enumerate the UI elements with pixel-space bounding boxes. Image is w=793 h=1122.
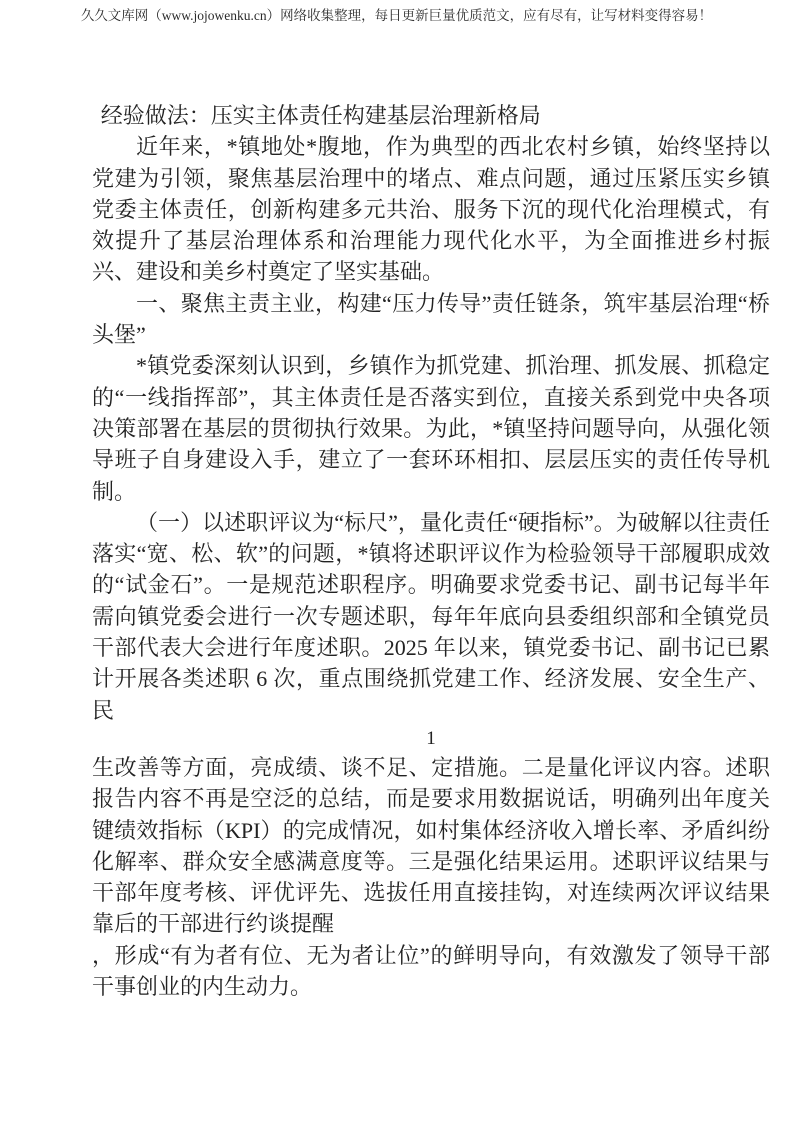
continuation-paragraph: 生改善等方面，亮成绩、谈不足、定措施。二是量化评议内容。述职报告内容不再是空泛的… [92, 752, 770, 940]
closing-paragraph: ，形成“有为者有位、无为者让位”的鲜明导向，有效激发了领导干部干事创业的内生动力… [92, 940, 770, 1003]
intro-paragraph: 近年来，*镇地处*腹地，作为典型的西北农村乡镇，始终坚持以党建为引领，聚焦基层治… [92, 131, 770, 287]
document-page: 经验做法：压实主体责任构建基层治理新格局 近年来，*镇地处*腹地，作为典型的西北… [0, 100, 793, 1002]
section-1-intro-paragraph: *镇党委深刻认识到，乡镇作为抓党建、抓治理、抓发展、抓稳定的“一线指挥部”，其主… [92, 350, 770, 506]
subsection-1-1-paragraph: （一）以述职评议为“标尺”，量化责任“硬指标”。为破解以往责任落实“宽、松、软”… [92, 507, 770, 726]
page-number: 1 [92, 726, 770, 752]
section-1-heading: 一、聚焦主责主业，构建“压力传导”责任链条，筑牢基层治理“桥头堡” [92, 288, 770, 351]
site-watermark-header: 久久文库网（www.jojowenku.cn）网络收集整理，每日更新巨量优质范文… [0, 0, 793, 24]
document-title: 经验做法：压实主体责任构建基层治理新格局 [92, 100, 770, 131]
